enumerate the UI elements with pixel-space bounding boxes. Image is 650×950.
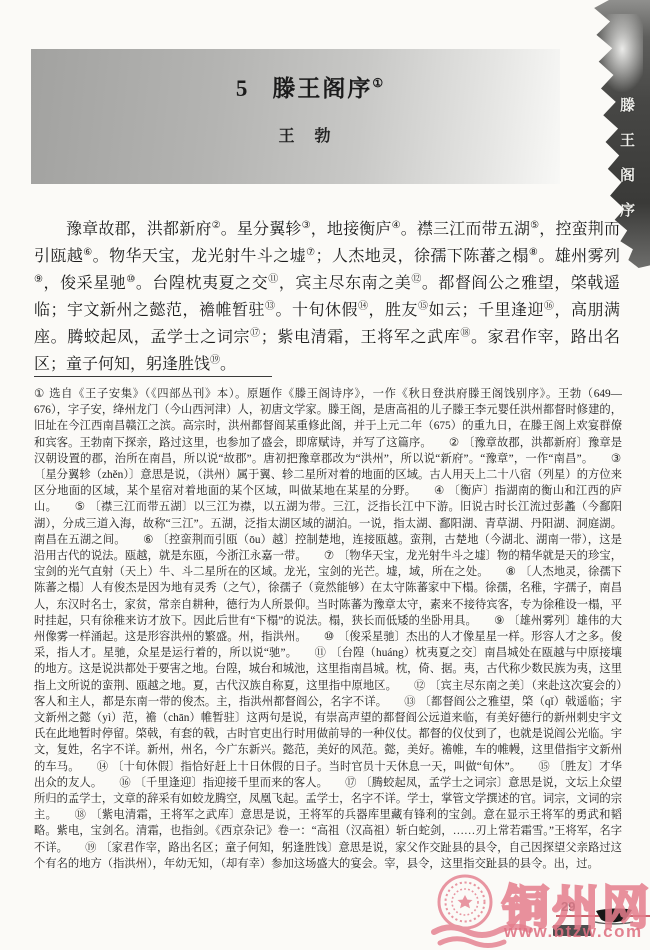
watermark-site-url: www.btzw.com: [504, 922, 643, 942]
author-name: 王 勃: [31, 123, 560, 146]
lesson-number: 5: [236, 76, 250, 101]
main-text: 豫章故郡，洪都新府②。星分翼轸③，地接衡庐④。襟三江而带五湖⑤，控蛮荆而引瓯越⑥…: [34, 216, 620, 378]
footnote-separator: [34, 376, 272, 377]
footnote: ⑯ 〔千里逢迎〕指迎接千里而来的客人。: [119, 777, 322, 789]
footnote: ⑲ 〔家君作宰，路出名区；童子何知，躬逢胜饯〕意思是说，家父作交趾县的县令，自己…: [34, 842, 622, 870]
footnotes-text: ① 选自《王子安集》（《四部丛刊》本）。原题作《滕王阁诗序》，一作《秋日登洪府滕…: [34, 386, 622, 888]
side-tab-title: 滕王阁序: [616, 97, 637, 237]
page-title: 5滕王阁序①: [31, 70, 560, 103]
footnote: ⑭ 〔十旬休假〕指恰好赶上十日休假的日子。当时官员十天休息一天，叫做“旬休”。: [97, 761, 516, 773]
lesson-title-text: 滕王阁序: [272, 76, 372, 101]
book-page: { "header": { "lesson_number": "5", "tit…: [0, 0, 650, 950]
title-note-ref: ①: [372, 76, 383, 90]
